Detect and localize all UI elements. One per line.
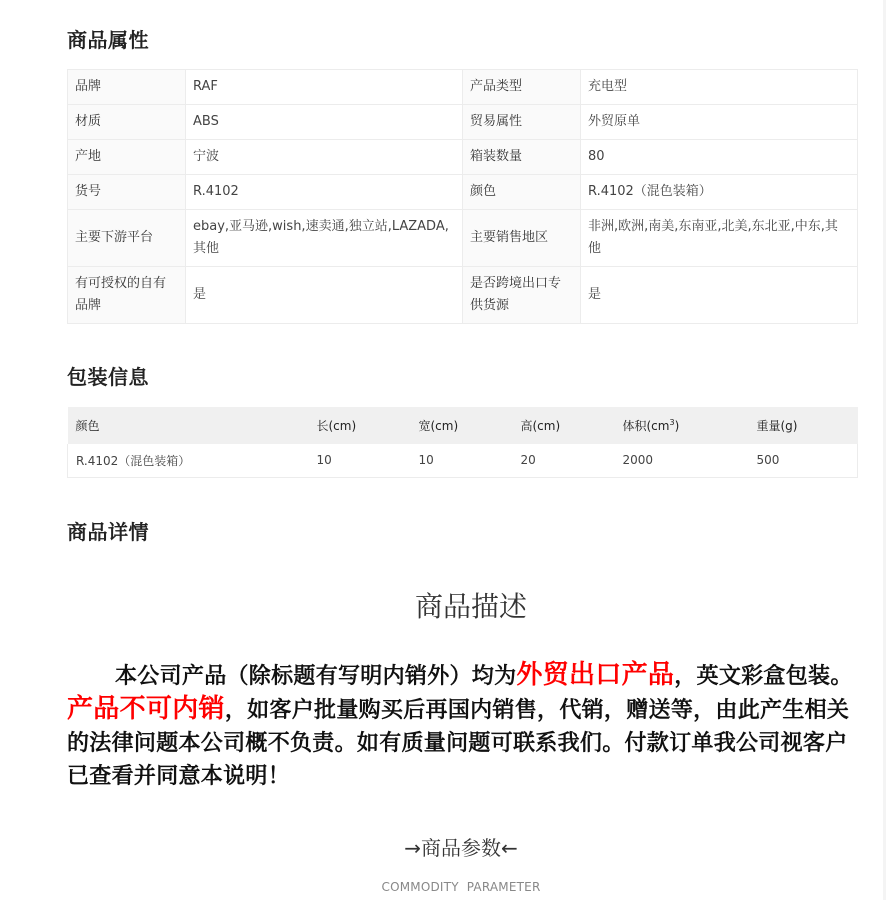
- attributes-table: 品牌 RAF 产品类型 充电型 材质 ABS 贸易属性 外贸原单 产地 宁波 箱…: [67, 69, 858, 324]
- attr-value: 是: [186, 267, 463, 324]
- cell-length: 10: [309, 444, 411, 478]
- section-title-attributes: 商品属性: [67, 24, 149, 53]
- notice-highlight-export: 外贸出口产品: [516, 660, 674, 690]
- volume-close: ): [675, 419, 680, 433]
- export-notice: 本公司产品（除标题有写明内销外）均为外贸出口产品，英文彩盒包装。产品不可内销，如…: [67, 659, 857, 793]
- column-header: 宽(cm): [411, 408, 513, 444]
- cell-width: 10: [411, 444, 513, 478]
- cell-color: R.4102（混色装箱）: [68, 444, 309, 478]
- packaging-table: 颜色 长(cm) 宽(cm) 高(cm) 体积(cm3) 重量(g) R.410…: [67, 407, 858, 478]
- column-header: 颜色: [68, 408, 309, 444]
- attr-label: 货号: [68, 175, 186, 210]
- table-row: 产地 宁波 箱装数量 80: [68, 140, 858, 175]
- attr-value: R.4102（混色装箱）: [581, 175, 858, 210]
- table-row: 品牌 RAF 产品类型 充电型: [68, 70, 858, 105]
- attr-value: 充电型: [581, 70, 858, 105]
- table-row: 有可授权的自有品牌 是 是否跨境出口专供货源 是: [68, 267, 858, 324]
- notice-text: ，英文彩盒包装。: [674, 664, 852, 689]
- parameter-subtitle: COMMODITY PARAMETER: [0, 880, 886, 894]
- attr-value: RAF: [186, 70, 463, 105]
- column-header-volume: 体积(cm3): [615, 408, 749, 444]
- attr-label: 材质: [68, 105, 186, 140]
- attr-label: 贸易属性: [463, 105, 581, 140]
- attr-value: ebay,亚马逊,wish,速卖通,独立站,LAZADA,其他: [186, 210, 463, 267]
- volume-label: 体积(cm: [623, 419, 670, 433]
- parameter-title: →商品参数←: [0, 832, 886, 861]
- attr-label: 产地: [68, 140, 186, 175]
- column-header: 长(cm): [309, 408, 411, 444]
- table-row: 主要下游平台 ebay,亚马逊,wish,速卖通,独立站,LAZADA,其他 主…: [68, 210, 858, 267]
- attr-value: 是: [581, 267, 858, 324]
- attr-value: 80: [581, 140, 858, 175]
- section-title-packaging: 包装信息: [67, 361, 149, 390]
- attr-value: 外贸原单: [581, 105, 858, 140]
- attr-label: 有可授权的自有品牌: [68, 267, 186, 324]
- attr-value: ABS: [186, 105, 463, 140]
- attr-label: 颜色: [463, 175, 581, 210]
- table-header-row: 颜色 长(cm) 宽(cm) 高(cm) 体积(cm3) 重量(g): [68, 408, 858, 444]
- notice-text: 本公司产品（除标题有写明内销外）均为: [115, 664, 516, 689]
- attr-label: 箱装数量: [463, 140, 581, 175]
- attr-label: 主要下游平台: [68, 210, 186, 267]
- table-row: 材质 ABS 贸易属性 外贸原单: [68, 105, 858, 140]
- table-row: 货号 R.4102 颜色 R.4102（混色装箱）: [68, 175, 858, 210]
- table-row: R.4102（混色装箱） 10 10 20 2000 500: [68, 444, 858, 478]
- attr-value: R.4102: [186, 175, 463, 210]
- attr-label: 品牌: [68, 70, 186, 105]
- cell-volume: 2000: [615, 444, 749, 478]
- cell-weight: 500: [749, 444, 858, 478]
- attr-label: 是否跨境出口专供货源: [463, 267, 581, 324]
- column-header: 高(cm): [513, 408, 615, 444]
- column-header: 重量(g): [749, 408, 858, 444]
- attr-value: 非洲,欧洲,南美,东南亚,北美,东北亚,中东,其他: [581, 210, 858, 267]
- attr-label: 主要销售地区: [463, 210, 581, 267]
- attr-value: 宁波: [186, 140, 463, 175]
- cell-height: 20: [513, 444, 615, 478]
- section-title-details: 商品详情: [67, 516, 149, 545]
- notice-highlight-no-domestic: 产品不可内销: [67, 694, 225, 724]
- description-title: 商品描述: [0, 585, 886, 625]
- attr-label: 产品类型: [463, 70, 581, 105]
